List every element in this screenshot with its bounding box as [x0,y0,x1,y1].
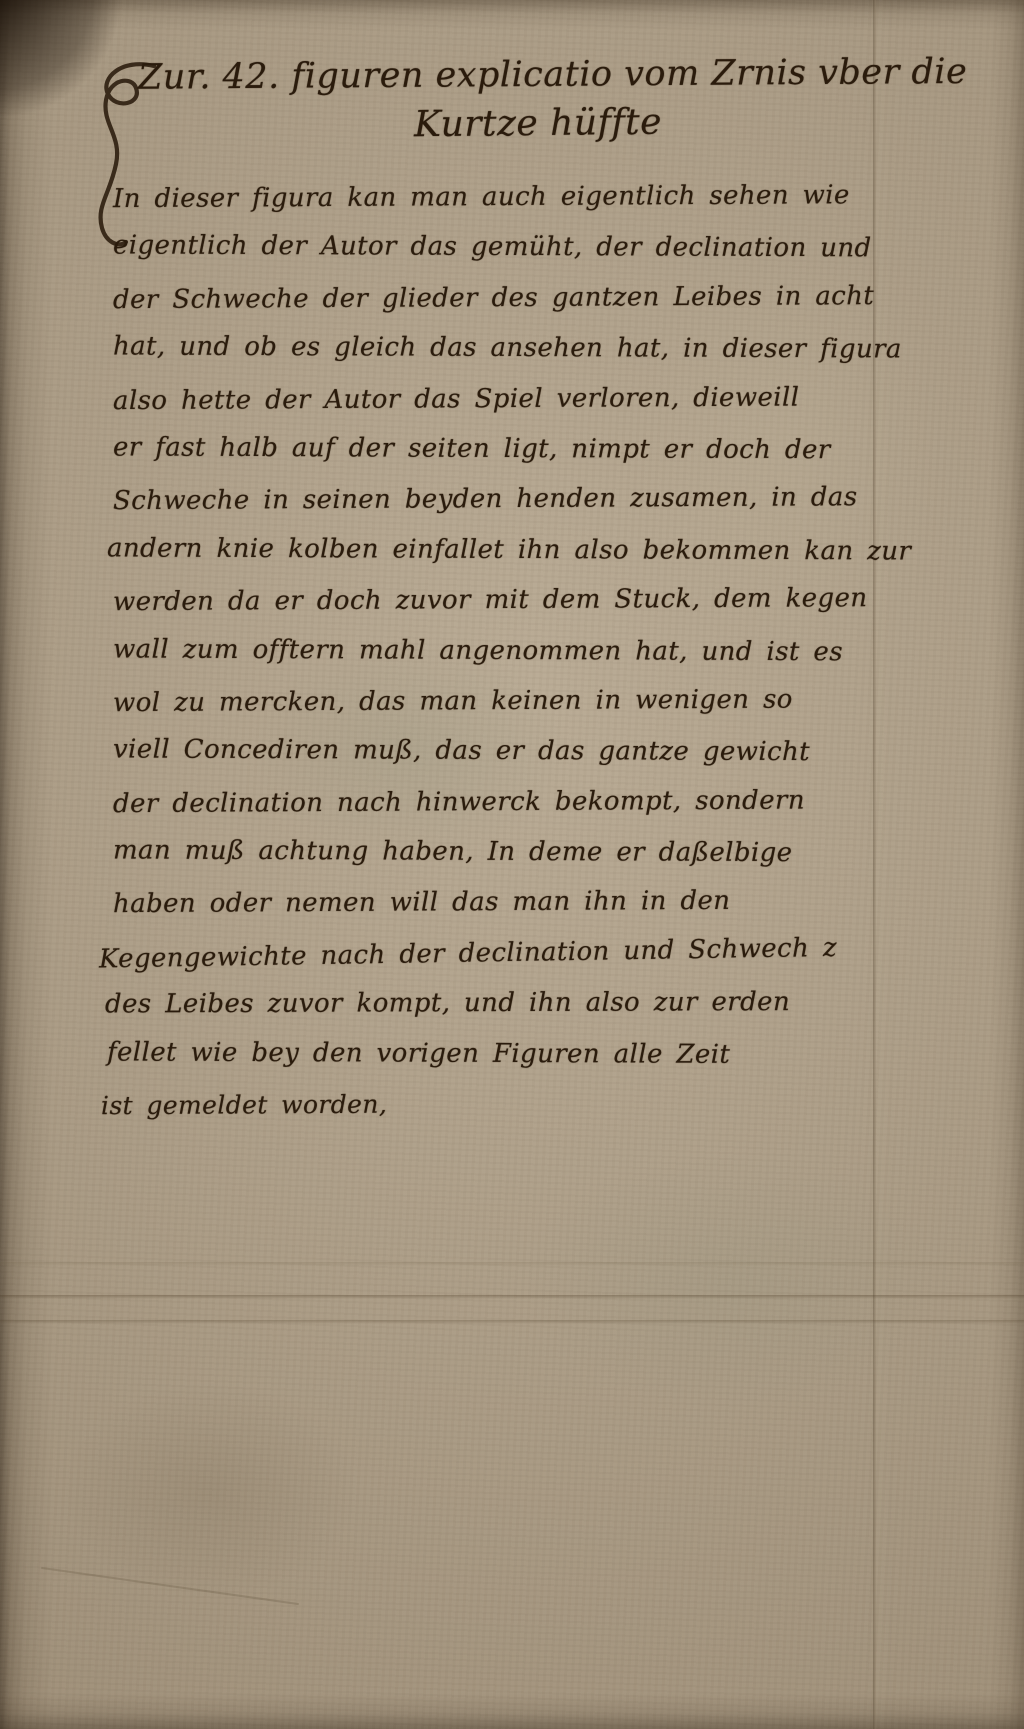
text-line: der Schweche der glieder des gantzen Lei… [113,271,921,326]
text-line: werden da er doch zuvor mit dem Stuck, d… [113,573,921,628]
text-line: der declination nach hinwerck bekompt, s… [113,775,921,830]
text-line: ist gemeldet worden, [101,1077,921,1132]
paper-stain [60,1380,360,1600]
text-line: In dieser figura kan man auch eigentlich… [113,170,921,225]
text-line: Kegengewichte nach der declination und S… [99,921,922,984]
horizontal-fold-crease [0,1320,1024,1324]
text-line: viell Concediren muß, das er das gantze … [113,725,921,778]
horizontal-fold-crease [0,1295,1024,1299]
text-line: also hette der Autor das Spiel verloren,… [113,371,921,426]
paper-stain [520,1150,940,1410]
text-line: er fast halb auf der seiten ligt, nimpt … [113,422,921,475]
text-line: eigentlich der Autor das gemüht, der dec… [113,221,921,274]
manuscript-page: Zur. 42. figuren explicatio vom Zrnis vb… [0,0,1024,1729]
text-line: andern knie kolben einfallet ihn also be… [107,523,921,577]
text-line: man muß achtung haben, In deme er daßelb… [113,826,921,879]
text-line: Schweche in seinen beyden henden zusamen… [113,472,921,527]
page-heading: Zur. 42. figuren explicatio vom Zrnis vb… [138,52,918,150]
text-line: hat, und ob es gleich das ansehen hat, i… [113,322,921,375]
text-line: wall zum offtern mahl angenommen hat, un… [113,624,921,677]
manuscript-body-text: In dieser figura kan man auch eigentlich… [113,172,921,1129]
text-line: haben oder nemen will das man ihn in den [113,875,921,930]
diagonal-crease [41,1567,299,1605]
horizontal-fold-crease [0,1262,1024,1266]
text-line: des Leibes zuvor kompt, und ihn also zur… [105,977,921,1030]
text-line: wol zu mercken, das man keinen in wenige… [113,674,921,729]
heading-line-2: Kurtze hüffte [228,95,849,153]
text-line: fellet wie bey den vorigen Figuren alle … [107,1027,921,1081]
heading-line-1: Zur. 42. figuren explicatio vom Zrnis vb… [138,49,918,100]
